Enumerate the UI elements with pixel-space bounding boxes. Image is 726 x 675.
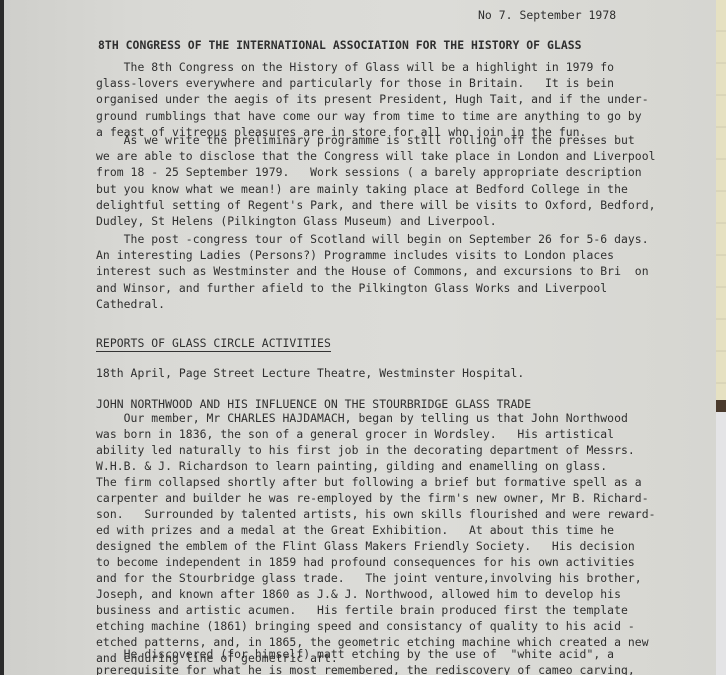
text-line: The post -congress tour of Scotland will… [96,232,649,246]
text-line: glass-lovers everywhere and particularly… [96,76,614,90]
text-line: carpenter and builder he was re-employed… [96,491,649,505]
text-line: to become independent in 1859 had profou… [96,555,635,569]
text-line: The firm collapsed shortly after but fol… [96,475,642,489]
text-line: The 8th Congress on the History of Glass… [96,60,614,74]
text-line: we are able to disclose that the Congres… [96,149,656,163]
congress-heading: 8TH CONGRESS OF THE INTERNATIONAL ASSOCI… [98,38,582,52]
event-details: 18th April, Page Street Lecture Theatre,… [96,366,524,380]
text-line: from 18 - 25 September 1979. Work sessio… [96,165,642,179]
text-line: designed the emblem of the Flint Glass M… [96,539,635,553]
text-line: etching machine (1861) bringing speed an… [96,619,635,633]
reports-heading: REPORTS OF GLASS CIRCLE ACTIVITIES [96,336,331,352]
text-line: and Winsor, and further afield to the Pi… [96,281,607,295]
text-line: organised under the aegis of its present… [96,92,649,106]
text-line: business and artistic acumen. His fertil… [96,603,628,617]
text-line: Dudley, St Helens (Pilkington Glass Muse… [96,214,497,228]
text-line: Cathedral. [96,297,165,311]
text-line: prerequisite for what he is most remembe… [96,663,635,675]
text-line: interest such as Westminster and the Hou… [96,264,649,278]
text-line: As we write the preliminary programme is… [96,133,635,147]
page-gap-shadow [716,400,726,412]
text-line: ability led naturally to his first job i… [96,443,635,457]
text-line: W.H.B. & J. Richardson to learn painting… [96,459,607,473]
text-line: He discovered (for himself) matt etching… [96,647,614,661]
underlying-sheet [716,412,726,675]
text-line: ground rumblings that have come our way … [96,109,642,123]
text-line: son. Surrounded by talented artists, his… [96,507,656,521]
text-line: was born in 1836, the son of a general g… [96,427,614,441]
text-line: Joseph, and known after 1860 as J.& J. N… [96,587,621,601]
text-line: An interesting Ladies (Persons?) Program… [96,248,614,262]
text-line: Our member, Mr CHARLES HAJDAMACH, began … [96,411,628,425]
text-line: and for the Stourbridge glass trade. The… [96,571,642,585]
text-line: but you know what we mean!) are mainly t… [96,182,628,196]
issue-number: No 7. September 1978 [478,8,616,22]
text-line: delightful setting of Regent's Park, and… [96,198,656,212]
talk-title: JOHN NORTHWOOD AND HIS INFLUENCE ON THE … [96,397,531,411]
text-line: ed with prizes and a medal at the Great … [96,523,614,537]
lined-paper-strip [716,0,726,400]
